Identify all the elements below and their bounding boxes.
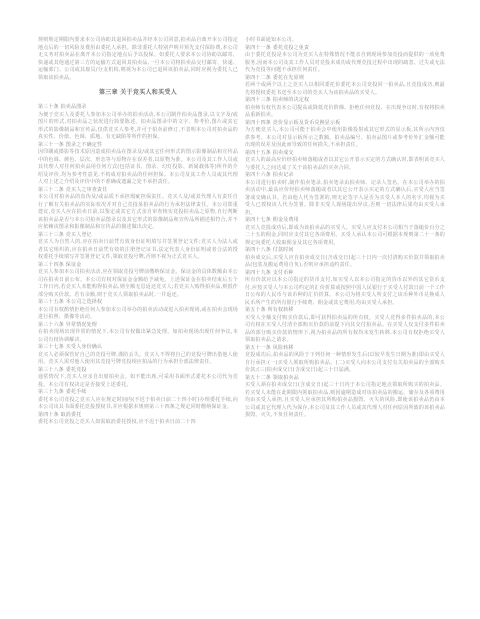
paragraph: 竞买人必须保管好自己的竞投号牌,谨防丢失。竞买人不得将自己的竞投号牌出借他人使用… (38, 352, 238, 367)
paragraph: 竞买人竞投成功后,即成为该拍卖品的买受人。买受人应支付本公司相当于落槌价百分之二… (245, 225, 445, 248)
paragraph: 竞投成功后,拍卖品的风险于下列任何一种情形发生后(以较早发生日期为准)即由买受人… (245, 352, 445, 375)
paragraph: 竞买人的最高应价经拍卖师落槌或者以其它公开表示买定的方式确认时,即表明该竞买人与… (245, 157, 445, 172)
paragraph: 为便于竞买人及委托人参加本公司举办的拍卖活动,本公司制作拍卖品图录,以文字及/或… (38, 112, 238, 142)
paragraph: 拍卖师有权代表本公司提高或降低竞价阶梯、拒绝任何竞投、在出现争议时,有权将拍卖品… (245, 105, 445, 120)
paragraph: 在拍卖现场出现异常的情况下,本公司有权做出紧急处理。如拍卖现场出现任何争议,本公… (38, 329, 238, 344)
page-content: 规则规定期限内要求本公司协助其退回拍卖品并经本公司同意,拍卖品自离开本公司指定地… (38, 37, 445, 427)
article-title: 第四十一条 委托竞投之免责 (245, 45, 445, 53)
paragraph: 竞买人参加本公司拍卖活动,应在领取竞投号牌前缴纳保证金。保证金的具体数额由本公司… (38, 269, 238, 299)
article-title: 第三十五条 本公司之选择权 (38, 299, 238, 307)
paragraph: 小时书面通知本公司。 (245, 37, 445, 45)
paragraph: 本公司进行拍卖时,制作拍卖笔录,拍卖笔录由拍卖师、记录人签名。在本公司举办的拍卖… (245, 180, 445, 218)
paragraph: 委托本公司竞投之竞买人应在规定时间内(不迟于拍卖日前二十四小时)办理委托手续,向… (38, 397, 238, 412)
article-title: 第四十五条 拍卖成交 (245, 150, 445, 158)
article-title: 第三十七条 买受人身份确认 (38, 344, 238, 352)
paragraph: 因印刷或摄影等技术原因造成拍卖品在图录及/或其它任何形式的图示影像制品和宣传品中… (38, 149, 238, 187)
chapter-heading: 第三章 关于竞买人和买受人 (38, 89, 238, 97)
paragraph: 所有价款应以本公司指定的货币支付,如买受人以本公司指定的货币以外的其它货币支付,… (245, 277, 445, 307)
article-title: 第三十三条 竞买人登记 (38, 232, 238, 240)
article-title: 第三十条 拍卖品图录 (38, 104, 238, 112)
article-title: 第四十条 取消委托 (38, 412, 238, 420)
article-title: 第三十八条 委托竞投 (38, 367, 238, 375)
paragraph: 本公司有权酌情拒绝任何人参加本公司举办的拍卖活动或进入拍卖现场,或在拍卖会现场进… (38, 307, 238, 322)
article-title: 第四十三条 拍卖师的决定权 (245, 97, 445, 105)
article-title: 第四十九条 支付币种 (245, 270, 445, 278)
article-title: 第五十一条 风险转移 (245, 345, 445, 353)
left-column: 规则规定期限内要求本公司协助其退回拍卖品并经本公司同意,拍卖品自离开本公司指定地… (38, 37, 238, 427)
paragraph: 买受人须在拍卖成交日(含成交日)起三十日内于本公司指定地点领取所购买的拍卖品。若… (245, 382, 445, 420)
article-title: 第四十八条 付款时间 (245, 247, 445, 255)
paragraph: 规则规定期限内要求本公司协助其退回拍卖品并经本公司同意,拍卖品自离开本公司指定地… (38, 37, 238, 82)
paragraph: 若两个或两个以上之竞买人以相同委托价委托本公司竞投同一拍卖品,且竞投成功,则最先… (245, 82, 445, 97)
article-title: 第四十二条 委托在先原则 (245, 75, 445, 83)
article-title: 第三十二条 竞买人之审查责任 (38, 187, 238, 195)
paragraph: 竞买人为自然人的,应在拍卖日前凭有效身份证明填写并签署登记文件;竞买人为法人或者… (38, 239, 238, 262)
paragraph: 买受人全额支付购买价款后,即可获得拍卖品的所有权。买受人竞得多件拍卖品的,本公司… (245, 315, 445, 345)
article-title: 第四十六条 拍卖记录 (245, 172, 445, 180)
paragraph: 拍卖成交后,买受人应自拍卖成交日(含成交日)起三十日内一次付清购买价款并领取拍卖… (245, 255, 445, 270)
article-title: 第五十条 所有权转移 (245, 307, 445, 315)
article-title: 第四十四条 竞价显示板及货币兑换显示板 (245, 120, 445, 128)
article-title: 第三十四条 保证金 (38, 262, 238, 270)
article-title: 第三十一条 图录之不确定性 (38, 142, 238, 150)
paragraph: 通常情况下,竞买人应亲自出席拍卖会。如不能出席,可采用书面形式委托本公司代为竞投… (38, 374, 238, 389)
paragraph: 由于委托竞投是本公司为竞买人在特殊情况不能亲自到现场参加竞投而提供的一项免费服务… (245, 52, 445, 75)
paragraph: 为方便竞买人,本公司可能于拍卖会中使用影像投射或其它形式的显示板,其所示内容仅供… (245, 127, 445, 150)
article-title: 第五十二条 领取拍卖品 (245, 375, 445, 383)
article-title: 第三十六条 异常情况处理 (38, 322, 238, 330)
paragraph: 本公司对拍卖品的真伪及/或品质不承担瑕疵担保责任。竞买人及/或其代理人有责任自行… (38, 194, 238, 232)
article-title: 第四十七条 佣金及费用 (245, 217, 445, 225)
paragraph: 委托本公司竞投之竞买人如需取消委托授权,应不迟于拍卖日前二十四 (38, 419, 238, 427)
article-title: 第三十九条 委托手续 (38, 389, 238, 397)
right-column: 小时书面通知本公司。第四十一条 委托竞投之免责由于委托竞投是本公司为竞买人在特殊… (245, 37, 445, 427)
document-page: 规则规定期限内要求本公司协助其退回拍卖品并经本公司同意,拍卖品自离开本公司指定地… (0, 0, 480, 619)
